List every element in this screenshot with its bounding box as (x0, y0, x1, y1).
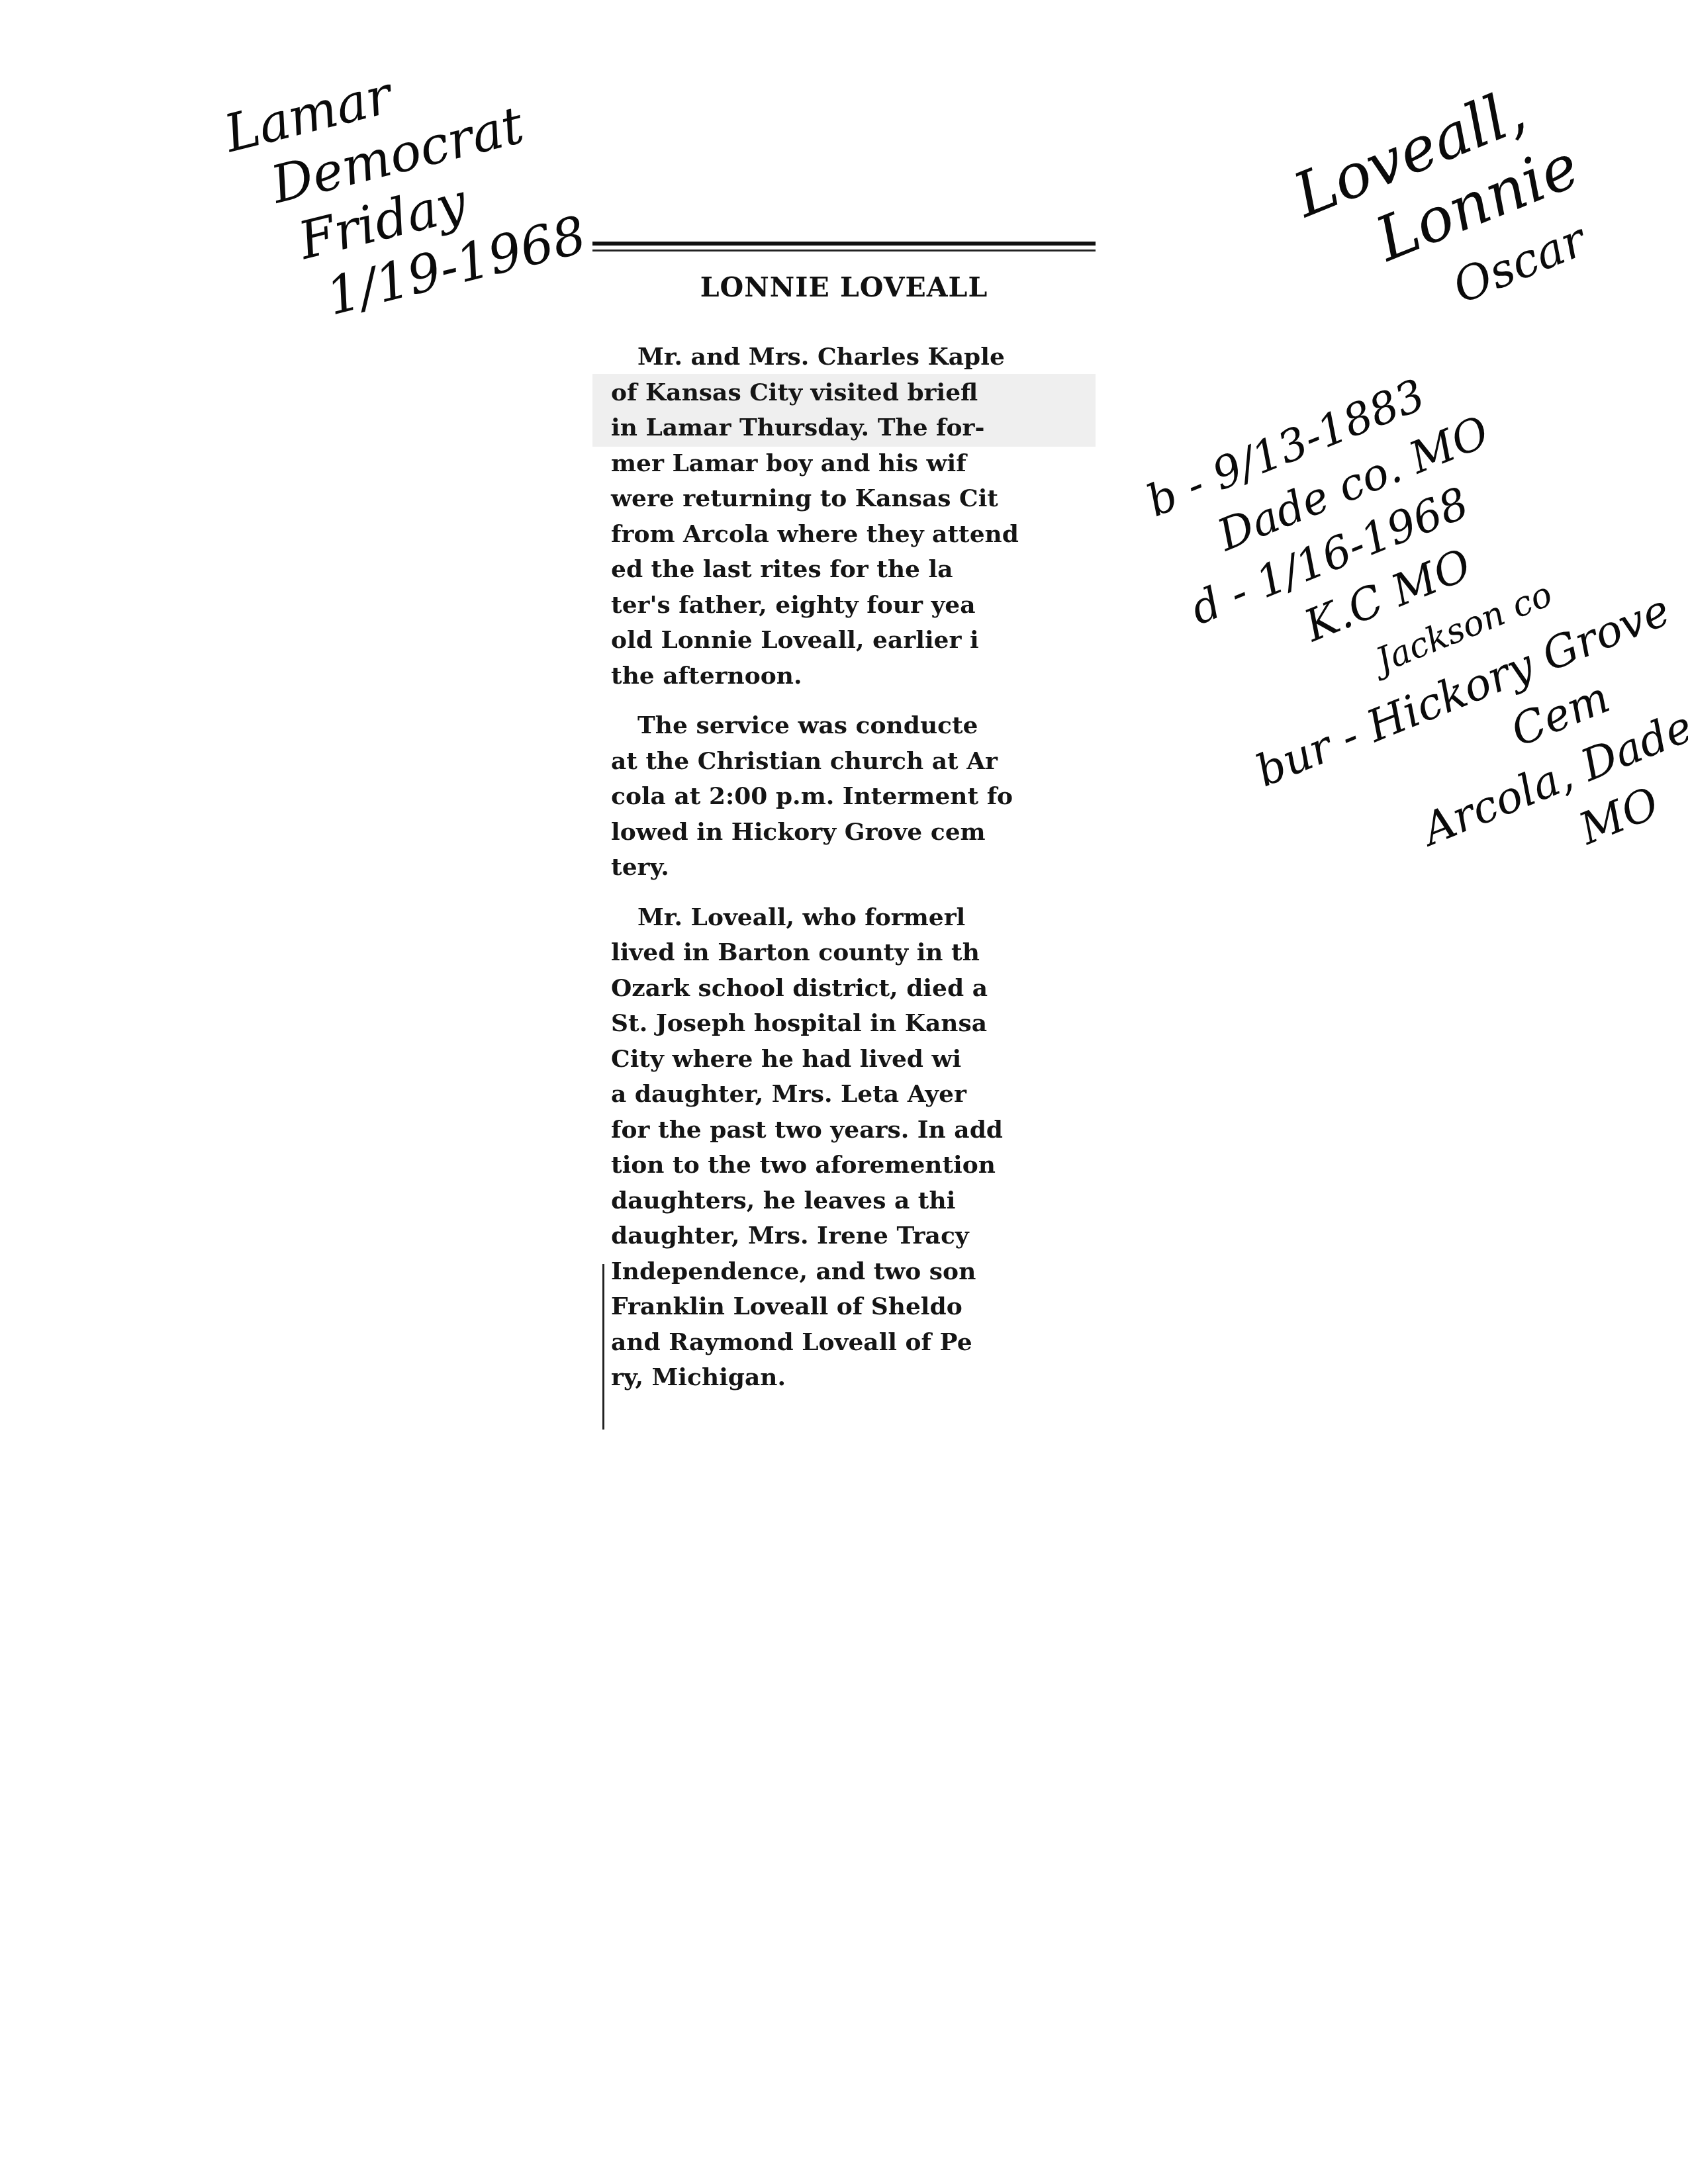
text-line: ed the last rites for the la (611, 552, 1096, 588)
text-line: for the past two years. In add (611, 1113, 1096, 1148)
handwritten-source-note: Lamar Democrat Friday 1/19-1968 (218, 27, 592, 342)
text-line: tion to the two aforemention (611, 1148, 1096, 1183)
text-line: ry, Michigan. (611, 1360, 1096, 1396)
text-line: Independence, and two son (611, 1254, 1096, 1290)
text-line: in Lamar Thursday. The for- (611, 410, 1096, 446)
obituary-headline: LONNIE LOVEALL (592, 271, 1096, 303)
clipping-top-rule (592, 242, 1096, 250)
text-line: the afternoon. (611, 659, 1096, 694)
text-line: The service was conducte (611, 708, 1096, 744)
text-line: City where he had lived wi (611, 1042, 1096, 1077)
text-line: mer Lamar boy and his wif (611, 446, 1096, 482)
newspaper-clipping: LONNIE LOVEALL Mr. and Mrs. Charles Kapl… (592, 242, 1096, 1443)
paragraph-survivors: Mr. Loveall, who formerl lived in Barton… (611, 900, 1096, 1396)
handwritten-vital-records: b - 9/13-1883 Dade co. MO d - 1/16-1968 … (1139, 296, 1688, 963)
paragraph-visit: Mr. and Mrs. Charles Kaple of Kansas Cit… (611, 340, 1096, 694)
text-line: from Arcola where they attend (611, 517, 1096, 553)
text-line: were returning to Kansas Cit (611, 481, 1096, 517)
text-line: lived in Barton county in th (611, 935, 1096, 971)
text-line: daughter, Mrs. Irene Tracy (611, 1218, 1096, 1254)
text-line: ter's father, eighty four yea (611, 588, 1096, 623)
clipping-top-rule-secondary (592, 250, 1096, 251)
text-line: at the Christian church at Ar (611, 744, 1096, 780)
text-line: and Raymond Loveall of Pe (611, 1325, 1096, 1361)
text-line: Franklin Loveall of Sheldo (611, 1289, 1096, 1325)
text-line: St. Joseph hospital in Kansa (611, 1006, 1096, 1042)
text-line: tery. (611, 850, 1096, 886)
paragraph-service: The service was conducte at the Christia… (611, 708, 1096, 886)
text-line: Ozark school district, died a (611, 971, 1096, 1007)
text-line: Mr. and Mrs. Charles Kaple (611, 340, 1096, 375)
text-line: Mr. Loveall, who formerl (611, 900, 1096, 936)
obituary-body: Mr. and Mrs. Charles Kaple of Kansas Cit… (611, 340, 1096, 1410)
text-line: a daughter, Mrs. Leta Ayer (611, 1077, 1096, 1113)
text-line: cola at 2:00 p.m. Interment fo (611, 779, 1096, 815)
text-line: lowed in Hickory Grove cem (611, 815, 1096, 850)
clipping-margin-rule (602, 1264, 604, 1430)
text-line: old Lonnie Loveall, earlier i (611, 623, 1096, 659)
text-line: daughters, he leaves a thi (611, 1183, 1096, 1219)
text-line: of Kansas City visited briefl (611, 375, 1096, 411)
